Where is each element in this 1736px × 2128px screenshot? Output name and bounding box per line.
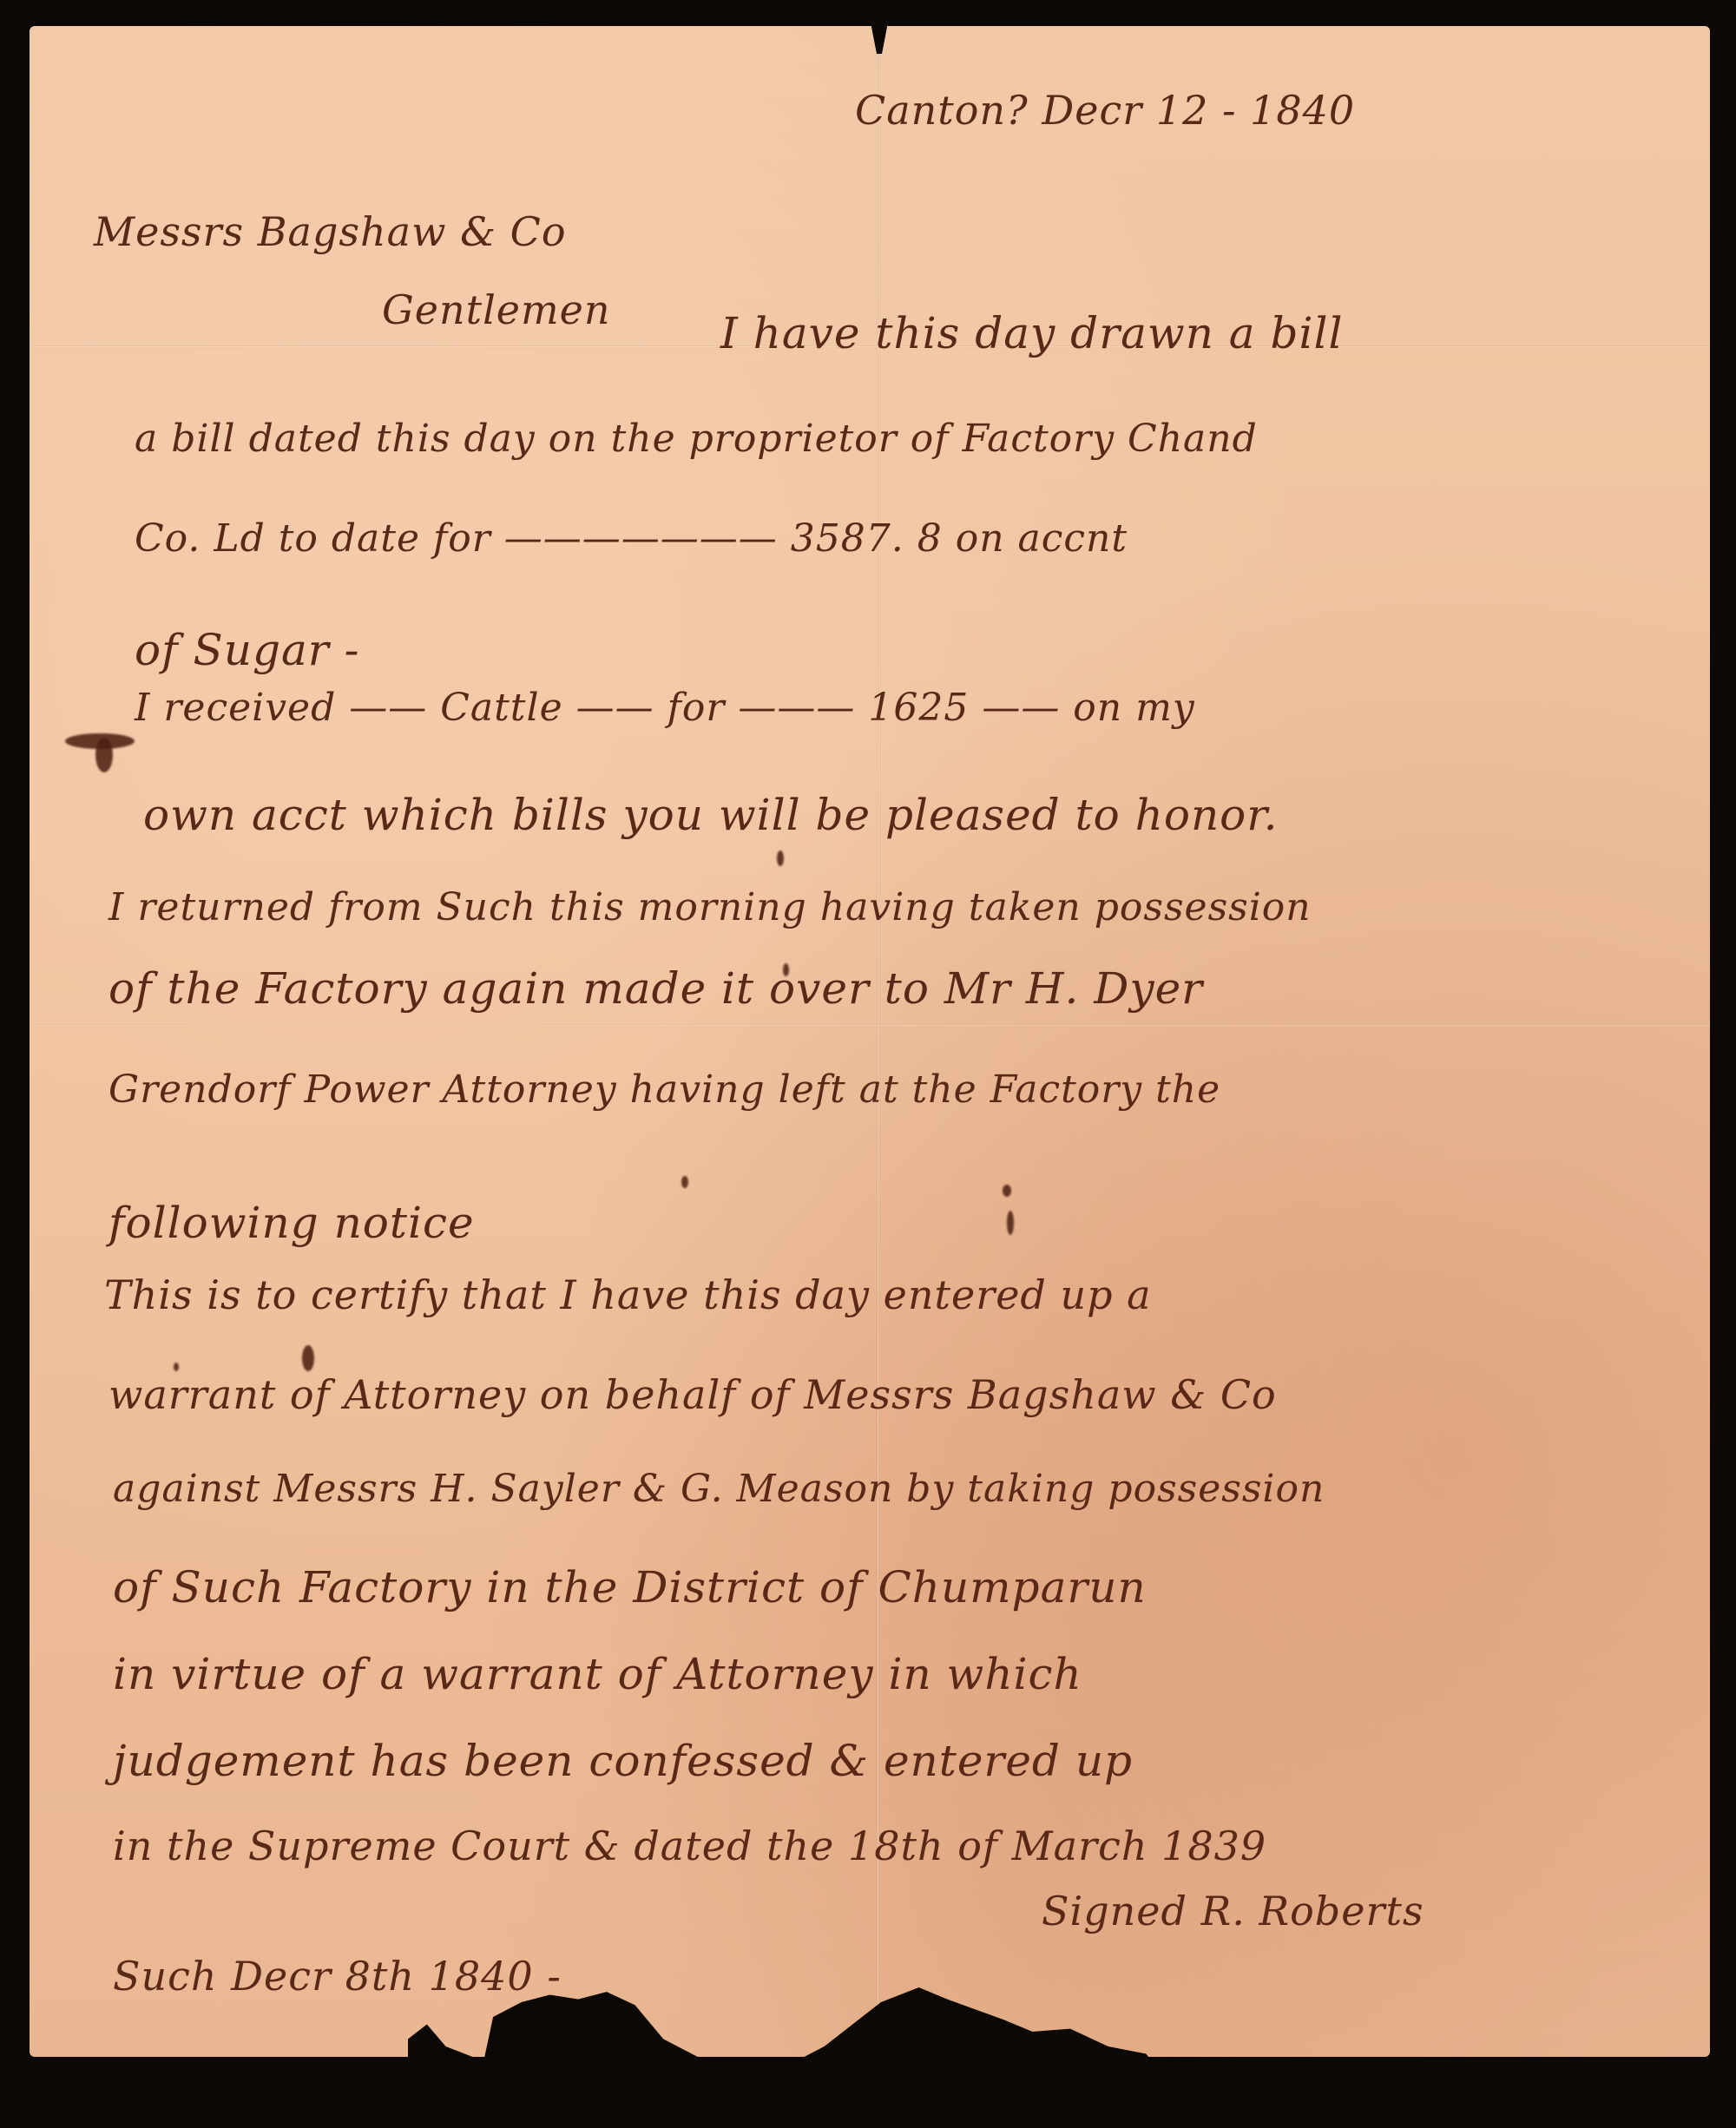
- body-line: of Sugar -: [135, 625, 359, 675]
- body-line: a bill dated this day on the proprietor …: [135, 417, 1258, 461]
- body-line: of Such Factory in the District of Chump…: [113, 1562, 1147, 1612]
- ink-spot: [174, 1363, 179, 1371]
- body-line: against Messrs H. Sayler & G. Meason by …: [113, 1467, 1325, 1511]
- salutation: Gentlemen: [382, 286, 610, 333]
- place-date: Canton? Decr 12 - 1840: [855, 87, 1355, 134]
- body-line: of the Factory again made it over to Mr …: [108, 963, 1203, 1014]
- body-line: in virtue of a warrant of Attorney in wh…: [113, 1649, 1082, 1699]
- signature: Signed R. Roberts: [1042, 1888, 1424, 1934]
- closing-date: Such Decr 8th 1840 -: [113, 1953, 562, 2000]
- body-line: following notice: [108, 1198, 475, 1248]
- body-line: I have this day drawn a bill: [720, 308, 1343, 358]
- ink-blot: [95, 738, 113, 772]
- body-line: I received —— Cattle —— for ——— 1625 —— …: [135, 686, 1195, 730]
- ink-spot: [1007, 1211, 1014, 1235]
- ink-spot: [681, 1176, 688, 1188]
- body-line: warrant of Attorney on behalf of Messrs …: [108, 1371, 1277, 1418]
- ink-spot: [783, 963, 789, 976]
- addressee: Messrs Bagshaw & Co: [94, 208, 567, 255]
- body-line: Co. Ld to date for ——————— 3587. 8 on ac…: [135, 516, 1128, 561]
- horizontal-fold-crease: [30, 1024, 1710, 1027]
- body-line: judgement has been confessed & entered u…: [113, 1736, 1133, 1786]
- ink-blot: [302, 1345, 314, 1371]
- body-line: This is to certify that I have this day …: [104, 1271, 1152, 1318]
- ink-spot: [1003, 1185, 1011, 1197]
- body-line: I returned from Such this morning having…: [108, 885, 1312, 929]
- body-line: in the Supreme Court & dated the 18th of…: [113, 1823, 1266, 1869]
- ink-spot: [777, 851, 784, 866]
- body-line: Grendorf Power Attorney having left at t…: [108, 1067, 1220, 1112]
- body-line: own acct which bills you will be pleased…: [143, 790, 1279, 840]
